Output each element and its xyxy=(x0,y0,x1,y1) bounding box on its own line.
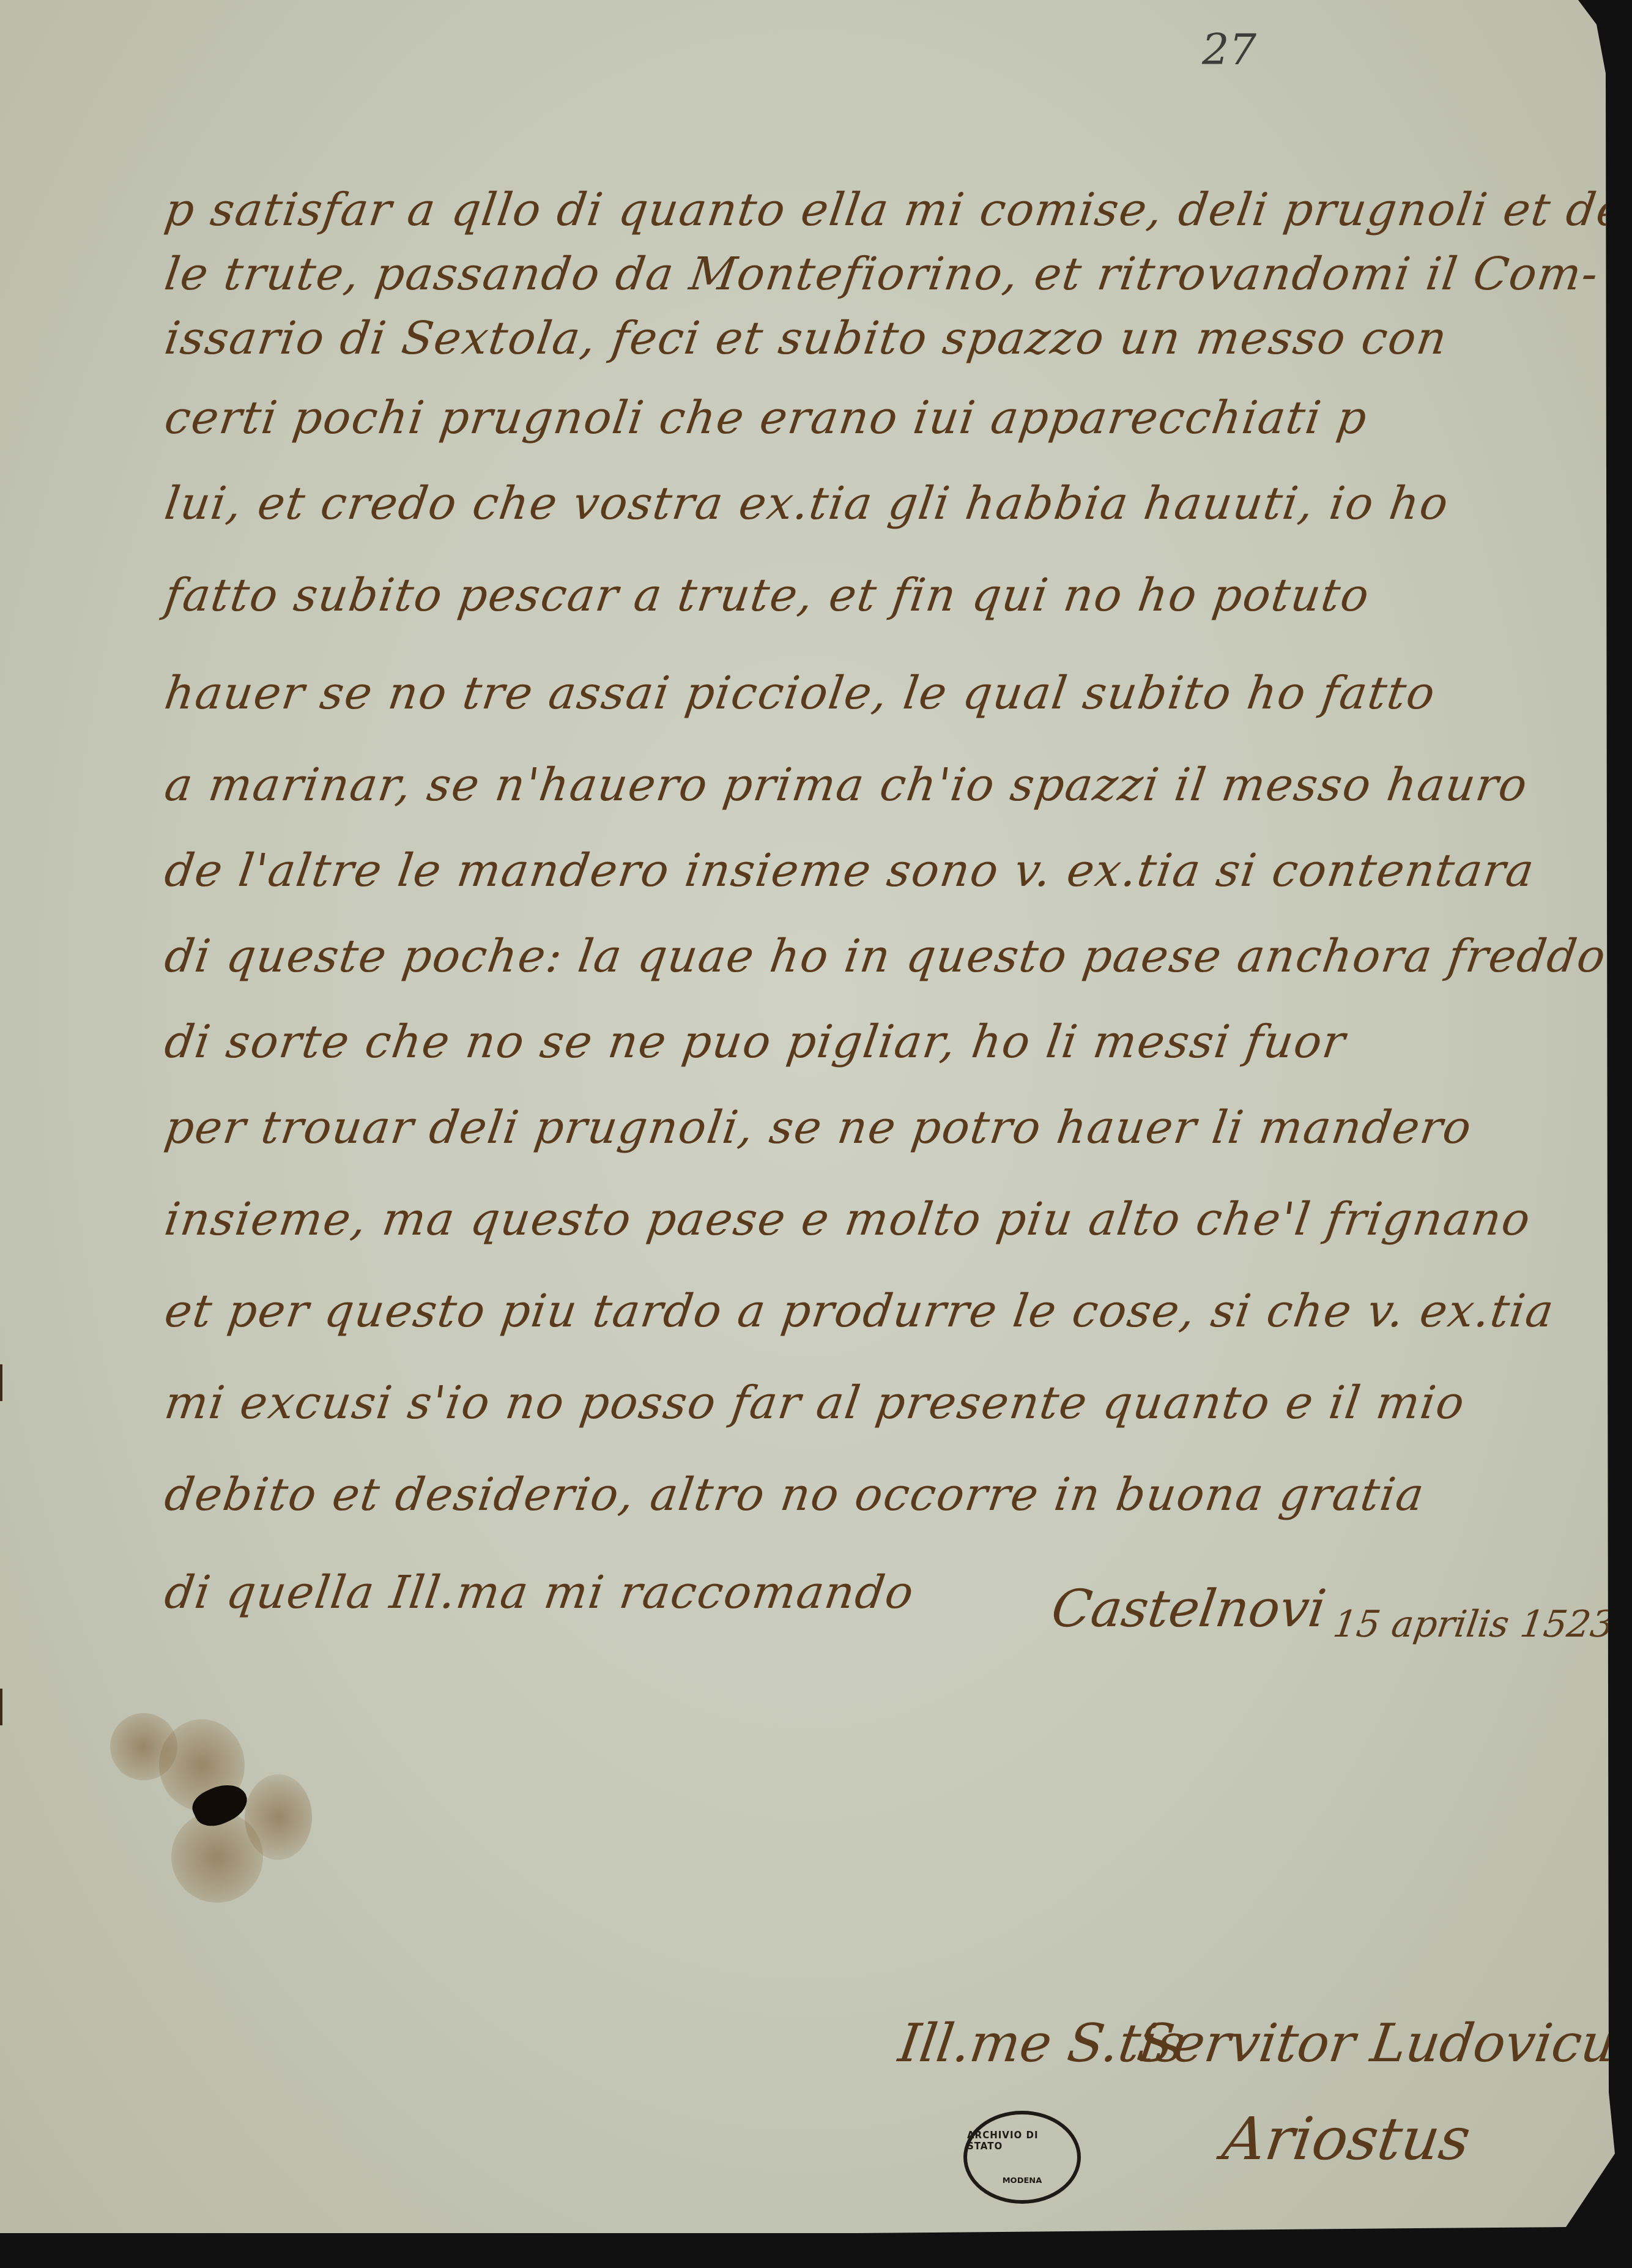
letter-line-13: insieme, ma questo paese e molto piu alt… xyxy=(161,1193,1534,1246)
letter-line-9: de l'altre le mandero insieme sono v. ex… xyxy=(161,844,1538,897)
page-number: 27 xyxy=(1202,24,1256,75)
letter-line-15: mi excusi s'io no posso far al presente … xyxy=(161,1377,1469,1429)
letter-line-8: a marinar, se n'hauero prima ch'io spazz… xyxy=(161,759,1531,811)
stain-spot xyxy=(245,1774,312,1860)
letter-line-17: di quella Ill.ma mi raccomando xyxy=(161,1566,918,1619)
signature-servitor: Servitor Ludovicus xyxy=(1133,2013,1632,2074)
dateline-place: Castelnovi xyxy=(1048,1578,1330,1638)
letter-line-10: di queste poche: la quae ho in questo pa… xyxy=(161,930,1610,983)
margin-mark xyxy=(0,1364,2,1401)
manuscript-page: 27 p satisfar a qllo di quanto ella mi c… xyxy=(0,0,1615,2233)
letter-line-11: di sorte che no se ne puo pigliar, ho li… xyxy=(161,1016,1349,1068)
stamp-bottom-text: MODENA xyxy=(1003,2176,1042,2185)
signature-name: Ariostus xyxy=(1218,2105,1474,2173)
dateline-date: 15 aprilis 1523 xyxy=(1330,1603,1617,1646)
letter-line-16: debito et desiderio, altro no occorre in… xyxy=(161,1468,1428,1521)
letter-line-1: p satisfar a qllo di quanto ella mi comi… xyxy=(161,184,1628,236)
letter-line-2: le trute, passando da Montefiorino, et r… xyxy=(161,248,1602,300)
letter-line-14: et per questo piu tardo a produrre le co… xyxy=(161,1285,1558,1337)
stamp-top-text: ARCHIVIO DI STATO xyxy=(967,2130,1077,2152)
letter-line-3: issario di Sextola, feci et subito spazz… xyxy=(161,312,1451,365)
letter-line-5: lui, et credo che vostra ex.tia gli habb… xyxy=(161,477,1452,530)
letter-line-4: certi pochi prugnoli che erano iui appar… xyxy=(161,392,1371,444)
letter-line-12: per trouar deli prugnoli, se ne potro ha… xyxy=(161,1101,1475,1154)
letter-line-7: hauer se no tre assai picciole, le qual … xyxy=(161,667,1439,719)
letter-line-6: fatto subito pescar a trute, et fin qui … xyxy=(161,569,1373,622)
margin-mark xyxy=(0,1689,2,1725)
archive-stamp: ARCHIVIO DI STATO MODENA xyxy=(963,2111,1081,2204)
